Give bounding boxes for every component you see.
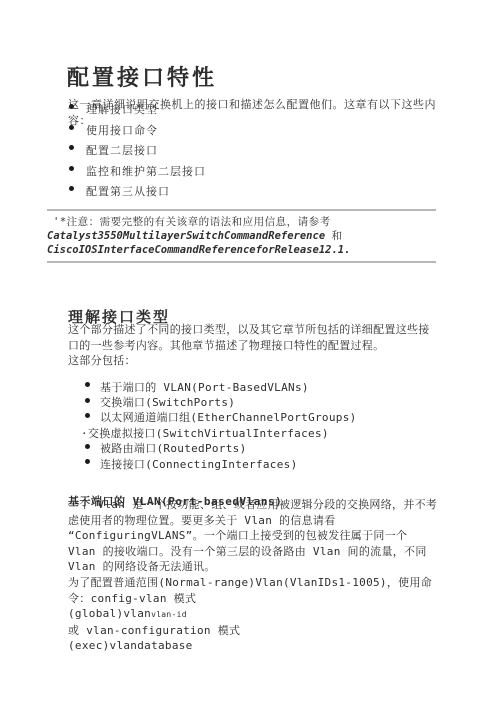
interface-type-label: 以太网通道端口组(EtherChannelPortGroups) (100, 409, 357, 425)
toc-item: 使用接口命令 (69, 120, 206, 141)
bullet-icon (69, 104, 74, 109)
command-global-line: (global)vlanvlan-id (68, 606, 440, 623)
document-page: 配置接口特性 这一章详细说明交换机上的接口和描述怎么配置他们。这章有以下这些内容… (0, 0, 500, 707)
bullet-icon (85, 382, 90, 387)
note-text: '*注意：需要完整的有关该章的语法和应用信息，请参考 (47, 215, 436, 229)
note-box: '*注意：需要完整的有关该章的语法和应用信息，请参考 Catalyst3550M… (47, 209, 436, 263)
bullet-icon (69, 125, 74, 130)
toc-item: 配置第三从接口 (69, 181, 206, 202)
bullet-icon (69, 145, 74, 150)
toc-item: 理解接口类型 (69, 99, 206, 120)
command-global: (global)vlan (68, 607, 151, 620)
toc-item: 配置二层接口 (69, 140, 206, 161)
bullet-icon (85, 444, 90, 449)
bullet-icon (85, 413, 90, 418)
bullet-icon (85, 459, 90, 464)
command-arg: vlan-id (151, 610, 187, 619)
command-alt-mode: 或 vlan-configuration 模式 (68, 623, 440, 639)
vlan-paragraph: 一个 Vlan 是一个按功能、组、或者应用被逻辑分段的交换网络，并不考虑使用者的… (68, 497, 440, 575)
bullet-icon (85, 398, 90, 403)
toc-item-label: 使用接口命令 (86, 122, 158, 138)
interface-type-item: 基于端口的 VLAN(Port-BasedVLANs) (85, 379, 357, 394)
interface-type-label: 被路由端口(RoutedPorts) (100, 440, 247, 456)
page-title: 配置接口特性 (67, 61, 217, 92)
interface-type-item: 交换端口(SwitchPorts) (85, 394, 357, 409)
toc-list: 理解接口类型 使用接口命令 配置二层接口 监控和维护第二层接口 配置第三从接口 (69, 99, 206, 202)
toc-item-label: 配置第三从接口 (86, 183, 170, 199)
section-paragraph: 这个部分描述了不同的接口类型，以及其它章节所包括的详细配置这些接口的一些参考内容… (68, 322, 439, 353)
interface-type-list: 基于端口的 VLAN(Port-BasedVLANs) 交换端口(SwitchP… (85, 379, 357, 471)
bullet-icon (69, 186, 74, 191)
reference-title-2: CiscoIOSInterfaceCommandReferenceforRele… (47, 244, 350, 256)
config-paragraph: 为了配置普通范围(Normal-range)Vlan(VlanIDs1-1005… (68, 575, 440, 606)
interface-type-label: 交换端口(SwitchPorts) (100, 394, 235, 410)
interface-type-label: 连接接口(ConnectingInterfaces) (100, 456, 298, 472)
toc-item: 监控和维护第二层接口 (69, 161, 206, 182)
interface-type-label: 基于端口的 VLAN(Port-BasedVLANs) (100, 379, 309, 395)
interface-type-item: 连接接口(ConnectingInterfaces) (85, 456, 357, 471)
toc-item-label: 理解接口类型 (86, 101, 158, 117)
interface-type-item: ·交换虚拟接口(SwitchVirtualInterfaces) (81, 425, 357, 440)
interface-type-item: 以太网通道端口组(EtherChannelPortGroups) (85, 410, 357, 425)
toc-item-label: 配置二层接口 (86, 142, 158, 158)
note-reference-line-2: CiscoIOSInterfaceCommandReferenceforRele… (47, 243, 436, 257)
section-lead-in: 这部分包括： (68, 353, 439, 369)
bullet-icon (69, 166, 74, 171)
interface-type-item: 被路由端口(RoutedPorts) (85, 441, 357, 456)
reference-title-1: Catalyst3550MultilayerSwitchCommandRefer… (47, 230, 325, 242)
section-paragraph-block: 这个部分描述了不同的接口类型，以及其它章节所包括的详细配置这些接口的一些参考内容… (68, 322, 439, 369)
command-exec: (exec)vlandatabase (68, 638, 440, 654)
note-reference-line-1: Catalyst3550MultilayerSwitchCommandRefer… (47, 229, 436, 243)
interface-type-label: ·交换虚拟接口(SwitchVirtualInterfaces) (81, 425, 329, 441)
toc-item-label: 监控和维护第二层接口 (86, 163, 206, 179)
note-conjunction: 和 (325, 230, 342, 242)
subsection-body: 一个 Vlan 是一个按功能、组、或者应用被逻辑分段的交换网络，并不考虑使用者的… (68, 497, 440, 654)
